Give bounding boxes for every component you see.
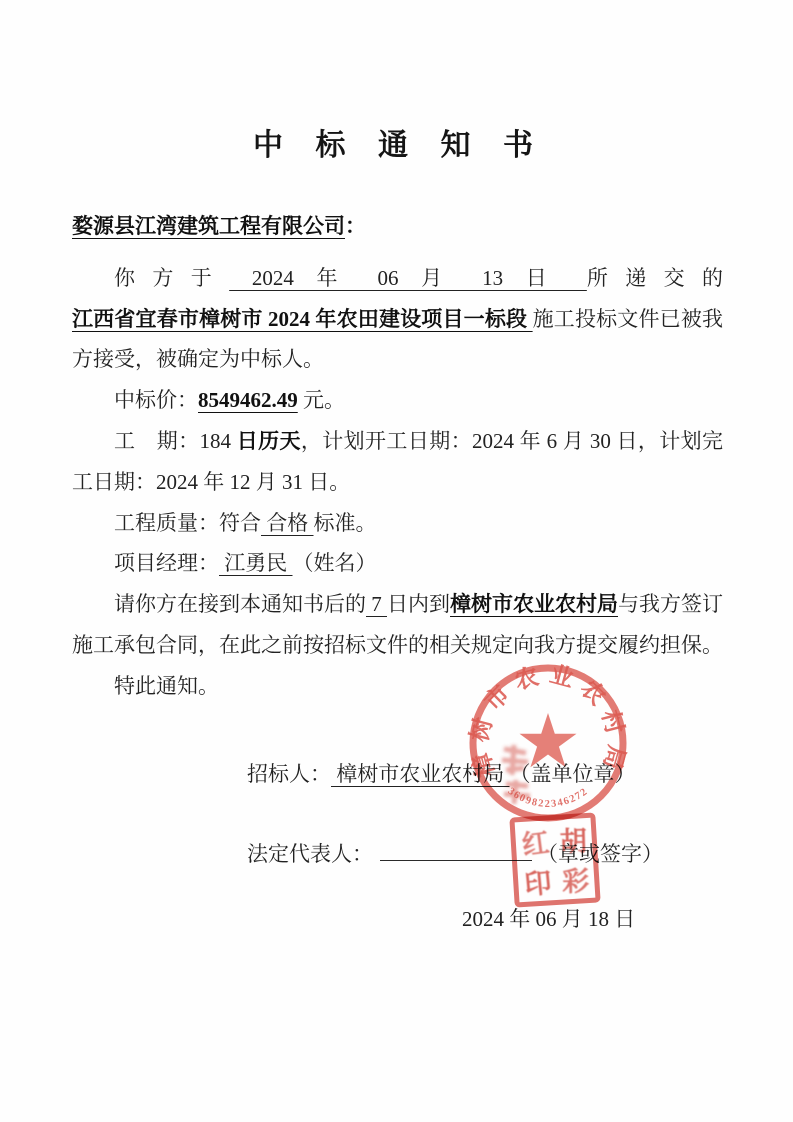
paragraph-bid-price: 中标价：8549462.49 元。 — [72, 380, 723, 421]
paragraph-closing: 特此通知。 — [72, 666, 723, 707]
document-body: 婺源县江湾建筑工程有限公司： 你方于 2024 年 06 月 13 日 所递交的… — [72, 206, 723, 707]
svg-text:3609822346272: 3609822346272 — [506, 786, 591, 810]
legal-representative-blank — [380, 855, 532, 861]
bid-date-underlined: 2024 年 06 月 13 日 — [229, 266, 587, 290]
issue-date: 2024 年 06 月 18 日 — [462, 903, 635, 933]
text-run: 所递交的 — [587, 266, 723, 290]
bid-price-label: 中标价： — [114, 388, 198, 412]
recipient-company: 婺源县江湾建筑工程有限公司 — [72, 214, 345, 238]
round-stamp-serial-text: 3609822346272 — [506, 786, 591, 810]
text-run: 元。 — [298, 388, 345, 412]
bidder-name-underlined: 樟树市农业农村局 — [331, 762, 510, 786]
quality-standard-underlined: 合格 — [261, 511, 314, 535]
text-run: 你方于 — [114, 266, 229, 290]
project-manager-name-underlined: 江勇民 — [219, 551, 293, 575]
duration-unit: 日历天 — [237, 429, 301, 453]
quality-label: 工程质量：符合 — [114, 511, 261, 535]
bureau-name-underlined: 樟树市农业农村局 — [450, 592, 618, 616]
days-underlined: 7 — [366, 592, 387, 616]
paragraph-project-manager: 项目经理： 江勇民 （姓名） — [72, 543, 723, 584]
project-manager-label: 项目经理： — [114, 551, 219, 575]
paragraph-duration: 工 期：184 日历天，计划开工日期：2024 年 6 月 30 日，计划完工日… — [72, 421, 723, 503]
paragraph-contract-notice: 请你方在接到本通知书后的 7 日内到樟树市农业农村局与我方签订施工承包合同，在此… — [72, 584, 723, 666]
recipient-colon: ： — [345, 214, 366, 238]
duration-label: 工 期：184 — [114, 429, 237, 453]
legal-seal-hint: （章或签字） — [537, 842, 663, 866]
paragraph-submission: 你方于 2024 年 06 月 13 日 所递交的江西省宜春市樟树市 2024 … — [72, 258, 723, 380]
bidder-seal-hint: （盖单位章） — [510, 762, 636, 786]
bidder-label: 招标人： — [247, 762, 331, 786]
paragraph-quality: 工程质量：符合 合格 标准。 — [72, 503, 723, 544]
bid-price-value: 8549462.49 — [198, 388, 298, 412]
text-run: （姓名） — [293, 551, 377, 575]
legal-representative-line: 法定代表人：（章或签字） — [247, 838, 663, 868]
document-title: 中 标 通 知 书 — [0, 120, 793, 164]
text-run: 日内到 — [387, 592, 450, 616]
legal-representative-label: 法定代表人： — [247, 842, 373, 866]
project-name-underlined: 江西省宜春市樟树市 2024 年农田建设项目一标段 — [72, 307, 533, 331]
text-run: 标准。 — [314, 511, 377, 535]
recipient-company-line: 婺源县江湾建筑工程有限公司： — [72, 206, 723, 247]
document-page: 中 标 通 知 书 婺源县江湾建筑工程有限公司： 你方于 2024 年 06 月… — [0, 0, 793, 1122]
bidder-signature-line: 招标人： 樟树市农业农村局 （盖单位章） — [247, 758, 636, 788]
text-run: 请你方在接到本通知书后的 — [114, 592, 366, 616]
